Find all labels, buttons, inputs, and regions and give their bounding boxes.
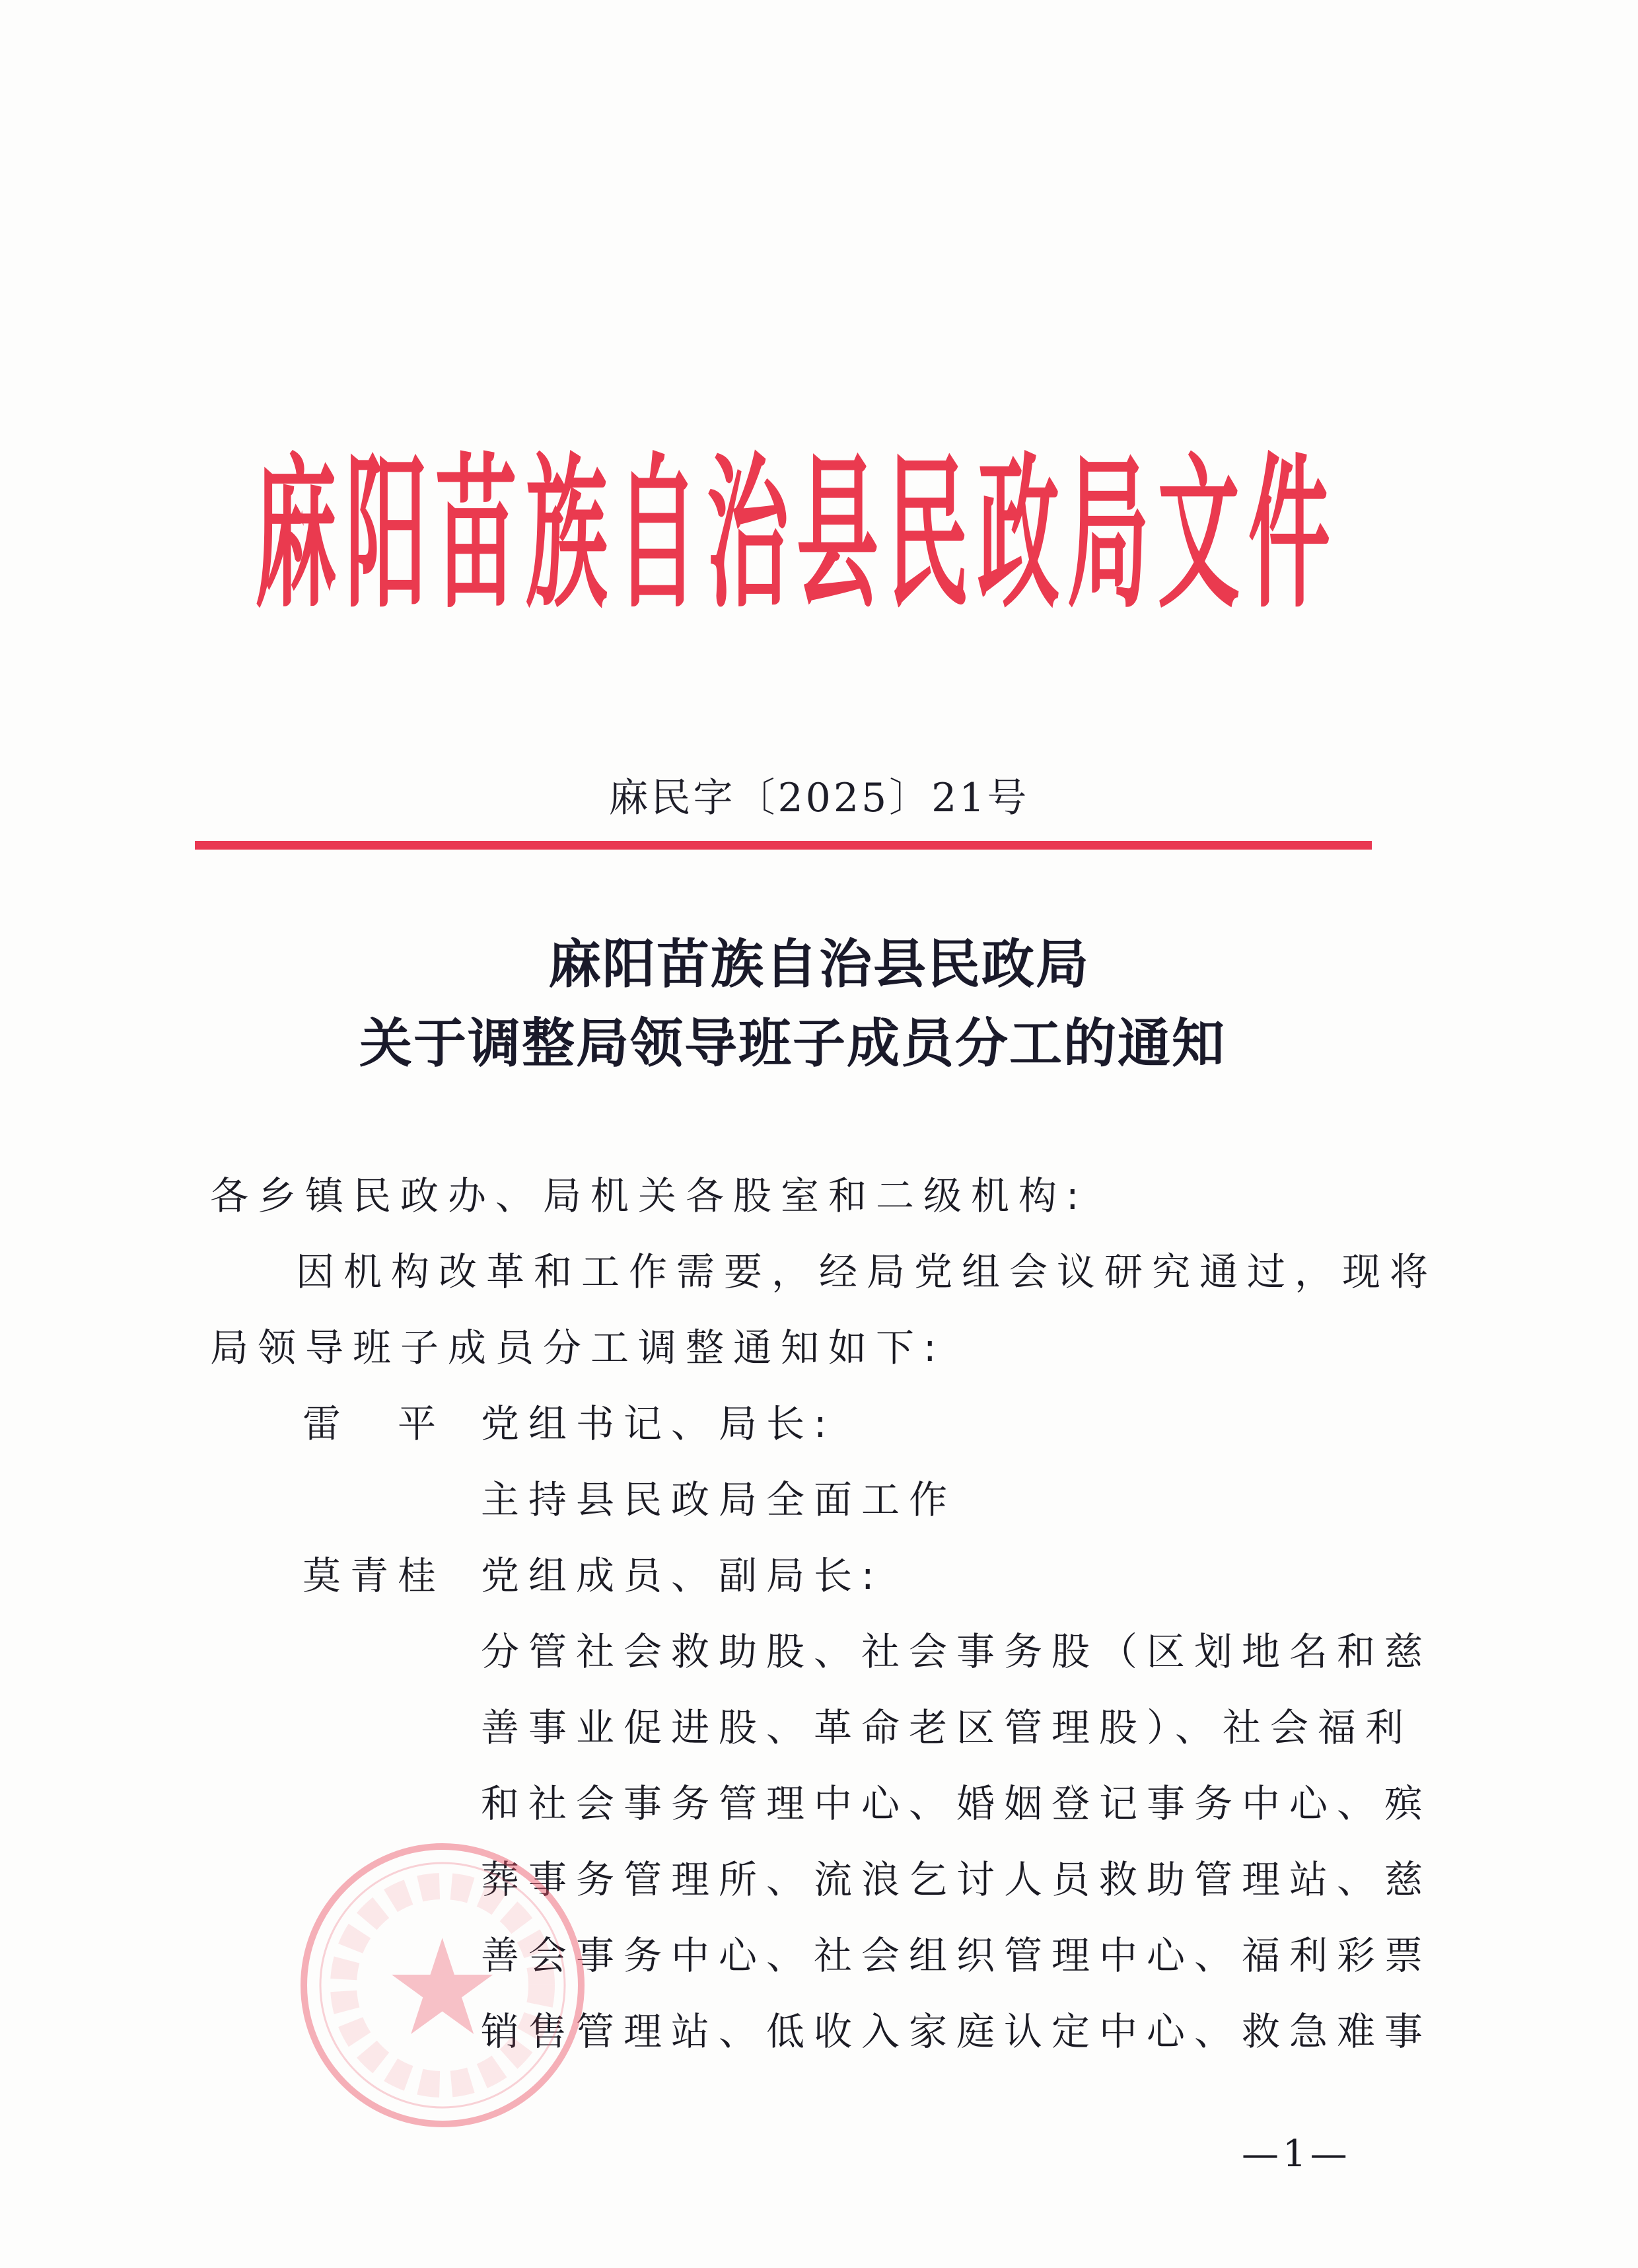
member-duty-line: 分管社会救助股、社会事务股（区划地名和慈 <box>481 1625 1432 1678</box>
masthead-char: 治 <box>706 416 762 655</box>
member-name: 莫青桂 <box>303 1549 445 1602</box>
red-divider-rule <box>195 841 1372 850</box>
masthead-char: 阳 <box>345 416 401 655</box>
member-duty-line: 善事业促进股、革命老区管理股）、社会福利 <box>481 1701 1413 1754</box>
masthead-char: 自 <box>616 416 672 655</box>
intro-paragraph-line-1: 因机构改革和工作需要，经局党组会议研究通过，现将 <box>296 1245 1437 1298</box>
masthead-char: 文 <box>1158 416 1213 655</box>
official-seal: ★ <box>301 1843 585 2127</box>
masthead-char: 政 <box>978 416 1033 655</box>
notice-title-line-1: 麻阳苗族自治县民政局 <box>0 922 1638 998</box>
masthead-char: 民 <box>887 416 943 655</box>
member-duty-line: 善会事务中心、社会组织管理中心、福利彩票 <box>481 1929 1432 1982</box>
document-number: 麻民字〔2025〕21号 <box>0 766 1638 823</box>
masthead-char: 麻 <box>255 416 310 655</box>
page-number: —1— <box>1242 2133 1351 2176</box>
member-duty-line: 销售管理站、低收入家庭认定中心、救急难事 <box>481 2005 1432 2058</box>
star-icon: ★ <box>383 1922 501 2055</box>
masthead-title: 麻 阳 苗 族 自 治 县 民 政 局 文 件 <box>238 439 1321 631</box>
masthead-char: 件 <box>1248 416 1304 655</box>
notice-title-line-2: 关于调整局领导班子成员分工的通知 <box>0 1001 1612 1077</box>
member-position: 党组成员、副局长: <box>481 1549 884 1602</box>
member-duty-line: 主持县民政局全面工作 <box>481 1473 956 1526</box>
intro-paragraph-line-2: 局领导班子成员分工调整通知如下: <box>210 1321 946 1374</box>
member-duty-line: 和社会事务管理中心、婚姻登记事务中心、殡 <box>481 1777 1432 1830</box>
masthead-char: 族 <box>526 416 581 655</box>
member-position: 党组书记、局长: <box>481 1397 836 1450</box>
masthead-char: 局 <box>1067 416 1123 655</box>
masthead-char: 苗 <box>435 416 491 655</box>
member-name: 雷 平 <box>303 1397 445 1450</box>
salutation: 各乡镇民政办、局机关各股室和二级机构: <box>210 1169 1088 1222</box>
member-duty-line: 葬事务管理所、流浪乞讨人员救助管理站、慈 <box>481 1853 1432 1906</box>
masthead-char: 县 <box>797 416 852 655</box>
